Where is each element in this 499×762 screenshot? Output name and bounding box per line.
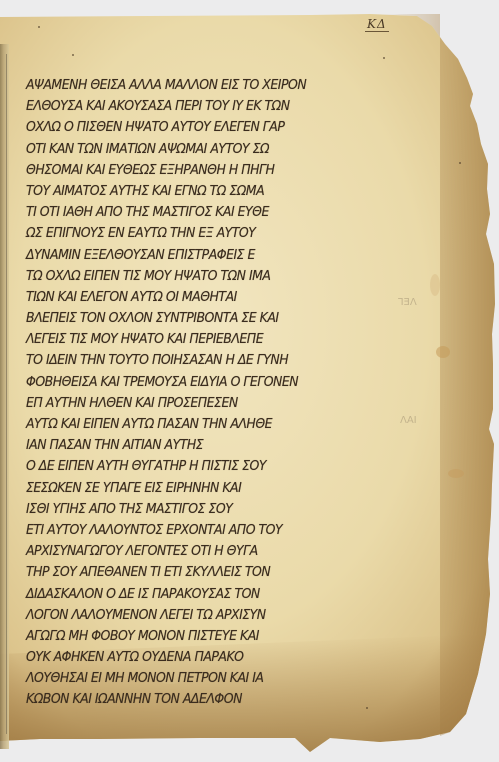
text-line-10: ΤΩ ΟΧΛΩ ΕΙΠΕΝ ΤΙΣ ΜΟΥ ΗΨΑΤΟ ΤΩΝ ΙΜΑ — [26, 266, 366, 287]
text-line-1: ΑΨΑΜΕΝΗ ΘΕΙΣΑ ΑΛΛΑ ΜΑΛΛΟΝ ΕΙΣ ΤΟ ΧΕΙΡΟΝ — [26, 75, 366, 96]
ink-speck — [38, 26, 40, 28]
text-line-28: ΟΥΚ ΑΦΗΚΕΝ ΑΥΤΩ ΟΥΔΕΝΑ ΠΑΡΑΚΟ — [26, 647, 366, 668]
ink-speck — [383, 57, 385, 59]
ink-speck — [72, 54, 74, 56]
text-line-3: ΟΧΛΩ Ο ΠΙΣΘΕΝ ΗΨΑΤΟ ΑΥΤΟΥ ΕΛΕΓΕΝ ΓΑΡ — [26, 117, 366, 138]
margin-bleed-text: ΛΕΓ — [398, 297, 417, 308]
text-line-22: ΕΤΙ ΑΥΤΟΥ ΛΑΛΟΥΝΤΟΣ ΕΡΧΟΝΤΑΙ ΑΠΟ ΤΟΥ — [26, 520, 366, 541]
text-line-20: ΣΕΣΩΚΕΝ ΣΕ ΥΠΑΓΕ ΕΙΣ ΕΙΡΗΝΗΝ ΚΑΙ — [26, 478, 366, 499]
stain-spot — [436, 346, 450, 358]
stain-spot — [430, 274, 440, 296]
text-line-26: ΛΟΓΟΝ ΛΑΛΟΥΜΕΝΟΝ ΛΕΓΕΙ ΤΩ ΑΡΧΙΣΥΝ — [26, 605, 366, 626]
manuscript-text-column: ΑΨΑΜΕΝΗ ΘΕΙΣΑ ΑΛΛΑ ΜΑΛΛΟΝ ΕΙΣ ΤΟ ΧΕΙΡΟΝ … — [26, 75, 396, 711]
text-line-18: ΙΑΝ ΠΑΣΑΝ ΤΗΝ ΑΙΤΙΑΝ ΑΥΤΗΣ — [26, 435, 366, 456]
text-line-9: ΔΥΝΑΜΙΝ ΕΞΕΛΘΟΥΣΑΝ ΕΠΙΣΤΡΑΦΕΙΣ Ε — [26, 245, 366, 266]
text-line-6: ΤΟΥ ΑΙΜΑΤΟΣ ΑΥΤΗΣ ΚΑΙ ΕΓΝΩ ΤΩ ΣΩΜΑ — [26, 181, 366, 202]
binding-gutter — [0, 44, 9, 749]
text-line-2: ΕΛΘΟΥΣΑ ΚΑΙ ΑΚΟΥΣΑΣΑ ΠΕΡΙ ΤΟΥ ΙΥ ΕΚ ΤΩΝ — [26, 96, 366, 117]
margin-bleed-text: ΙΑΛ — [400, 415, 417, 426]
text-line-27: ΑΓΩΓΩ ΜΗ ΦΟΒΟΥ ΜΟΝΟΝ ΠΙΣΤΕΥΕ ΚΑΙ — [26, 626, 366, 647]
gutter-fold-line — [6, 54, 7, 734]
text-line-5: ΘΗΣΟΜΑΙ ΚΑΙ ΕΥΘΕΩΣ ΕΞΗΡΑΝΘΗ Η ΠΗΓΗ — [26, 160, 366, 181]
text-line-4: ΟΤΙ ΚΑΝ ΤΩΝ ΙΜΑΤΙΩΝ ΑΨΩΜΑΙ ΑΥΤΟΥ ΣΩ — [26, 139, 366, 160]
manuscript-folio: ΚΔ ΙΑΛ ΛΕΓ ΑΨΑΜΕΝΗ ΘΕΙΣΑ ΑΛΛΑ ΜΑΛΛΟΝ ΕΙΣ… — [0, 14, 499, 752]
text-line-25: ΔΙΔΑΣΚΑΛΟΝ Ο ΔΕ ΙΣ ΠΑΡΑΚΟΥΣΑΣ ΤΟΝ — [26, 584, 366, 605]
text-line-21: ΙΣΘΙ ΥΓΙΗΣ ΑΠΟ ΤΗΣ ΜΑΣΤΙΓΟΣ ΣΟΥ — [26, 499, 366, 520]
text-line-15: ΦΟΒΗΘΕΙΣΑ ΚΑΙ ΤΡΕΜΟΥΣΑ ΕΙΔΥΙΑ Ο ΓΕΓΟΝΕΝ — [26, 372, 366, 393]
text-line-11: ΤΙΩΝ ΚΑΙ ΕΛΕΓΟΝ ΑΥΤΩ ΟΙ ΜΑΘΗΤΑΙ — [26, 287, 366, 308]
ink-speck — [459, 162, 461, 164]
text-line-24: ΤΗΡ ΣΟΥ ΑΠΕΘΑΝΕΝ ΤΙ ΕΤΙ ΣΚΥΛΛΕΙΣ ΤΟΝ — [26, 562, 366, 583]
text-line-7: ΤΙ ΟΤΙ ΙΑΘΗ ΑΠΟ ΤΗΣ ΜΑΣΤΙΓΟΣ ΚΑΙ ΕΥΘΕ — [26, 202, 366, 223]
text-line-19: Ο ΔΕ ΕΙΠΕΝ ΑΥΤΗ ΘΥΓΑΤΗΡ Η ΠΙΣΤΙΣ ΣΟΥ — [26, 456, 366, 477]
text-line-16: ΕΠ ΑΥΤΗΝ ΗΛΘΕΝ ΚΑΙ ΠΡΟΣΕΠΕΣΕΝ — [26, 393, 366, 414]
text-line-17: ΑΥΤΩ ΚΑΙ ΕΙΠΕΝ ΑΥΤΩ ΠΑΣΑΝ ΤΗΝ ΑΛΗΘΕ — [26, 414, 366, 435]
text-line-13: ΛΕΓΕΙΣ ΤΙΣ ΜΟΥ ΗΨΑΤΟ ΚΑΙ ΠΕΡΙΕΒΛΕΠΕ — [26, 329, 366, 350]
text-line-14: ΤΟ ΙΔΕΙΝ ΤΗΝ ΤΟΥΤΟ ΠΟΙΗΣΑΣΑΝ Η ΔΕ ΓΥΝΗ — [26, 350, 366, 371]
text-line-12: ΒΛΕΠΕΙΣ ΤΟΝ ΟΧΛΟΝ ΣΥΝΤΡΙΒΟΝΤΑ ΣΕ ΚΑΙ — [26, 308, 366, 329]
text-line-29: ΛΟΥΘΗΣΑΙ ΕΙ ΜΗ ΜΟΝΟΝ ΠΕΤΡΟΝ ΚΑΙ ΙΑ — [26, 668, 366, 689]
text-line-8: ΩΣ ΕΠΙΓΝΟΥΣ ΕΝ ΕΑΥΤΩ ΤΗΝ ΕΞ ΑΥΤΟΥ — [26, 223, 366, 244]
folio-number: ΚΔ — [365, 18, 389, 32]
stain-spot — [448, 469, 464, 478]
text-line-23: ΑΡΧΙΣΥΝΑΓΩΓΟΥ ΛΕΓΟΝΤΕΣ ΟΤΙ Η ΘΥΓΑ — [26, 541, 366, 562]
text-line-30: ΚΩΒΟΝ ΚΑΙ ΙΩΑΝΝΗΝ ΤΟΝ ΑΔΕΛΦΟΝ — [26, 689, 366, 710]
